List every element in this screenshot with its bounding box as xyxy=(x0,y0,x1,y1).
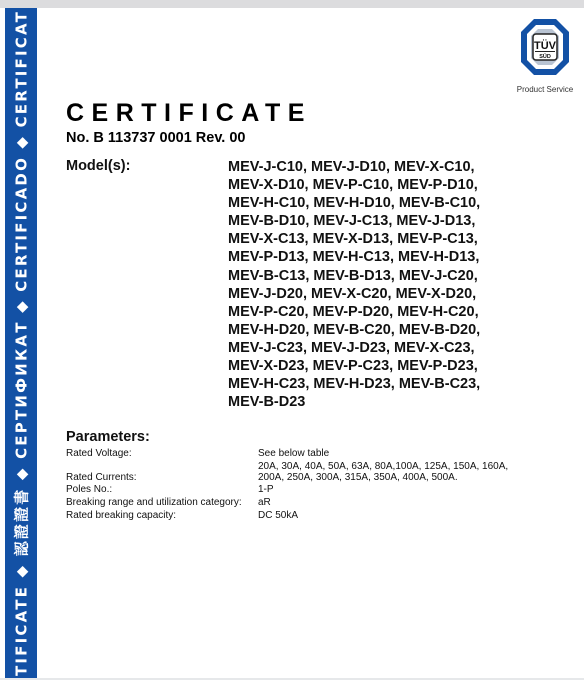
model-line: MEV-P-D13, MEV-H-C13, MEV-H-D13, xyxy=(228,248,528,266)
model-line: MEV-X-D10, MEV-P-C10, MEV-P-D10, xyxy=(228,176,528,194)
model-line: MEV-X-D23, MEV-P-C23, MEV-P-D23, xyxy=(228,357,528,375)
param-value: See below table xyxy=(258,448,329,459)
model-line: MEV-H-C23, MEV-H-D23, MEV-B-C23, xyxy=(228,375,528,393)
certificate-title: CERTIFICATE xyxy=(66,99,312,128)
logo-caption: Product Service xyxy=(513,85,577,94)
param-value: 20A, 30A, 40A, 50A, 63A, 80A,100A, 125A,… xyxy=(258,461,508,483)
param-value-line: 20A, 30A, 40A, 50A, 63A, 80A,100A, 125A,… xyxy=(258,461,508,472)
model-line: MEV-H-C10, MEV-H-D10, MEV-B-C10, xyxy=(228,194,528,212)
param-value: aR xyxy=(258,497,271,508)
param-label: Poles No.: xyxy=(66,484,112,495)
model-line: MEV-X-C13, MEV-X-D13, MEV-P-C13, xyxy=(228,230,528,248)
model-line: MEV-B-C13, MEV-B-D13, MEV-J-C20, xyxy=(228,267,528,285)
svg-text:SÜD: SÜD xyxy=(539,53,551,60)
param-value-line: 200A, 250A, 300A, 315A, 350A, 400A, 500A… xyxy=(258,472,508,483)
models-list: MEV-J-C10, MEV-J-D10, MEV-X-C10, MEV-X-D… xyxy=(228,158,528,411)
certificate-number: No. B 113737 0001 Rev. 00 xyxy=(66,130,246,146)
model-line: MEV-J-C10, MEV-J-D10, MEV-X-C10, xyxy=(228,158,528,176)
model-line: MEV-J-C23, MEV-J-D23, MEV-X-C23, xyxy=(228,339,528,357)
model-line: MEV-B-D10, MEV-J-C13, MEV-J-D13, xyxy=(228,212,528,230)
side-strip-text: TIFICATE ◆ 認證證書 ◆ СЕРТИФИКАТ ◆ CERTIFICA… xyxy=(11,10,32,676)
param-label: Rated Voltage: xyxy=(66,448,132,459)
viewer-top-bar xyxy=(0,0,584,8)
param-label: Rated breaking capacity: xyxy=(66,510,176,521)
model-line: MEV-B-D23 xyxy=(228,393,528,411)
model-line: MEV-J-D20, MEV-X-C20, MEV-X-D20, xyxy=(228,285,528,303)
certificate-side-strip: TIFICATE ◆ 認證證書 ◆ СЕРТИФИКАТ ◆ CERTIFICA… xyxy=(5,8,37,678)
models-label: Model(s): xyxy=(66,158,130,174)
param-label: Rated Currents: xyxy=(66,472,137,483)
parameters-heading: Parameters: xyxy=(66,429,150,445)
param-label: Breaking range and utilization category: xyxy=(66,497,242,508)
tuv-octagon-icon: TÜV SÜD xyxy=(519,17,571,77)
model-line: MEV-P-C20, MEV-P-D20, MEV-H-C20, xyxy=(228,303,528,321)
tuv-sud-logo: TÜV SÜD Product Service xyxy=(513,17,577,93)
model-line: MEV-H-D20, MEV-B-C20, MEV-B-D20, xyxy=(228,321,528,339)
svg-text:TÜV: TÜV xyxy=(534,39,557,52)
param-value: 1-P xyxy=(258,484,274,495)
param-value: DC 50kA xyxy=(258,510,298,521)
